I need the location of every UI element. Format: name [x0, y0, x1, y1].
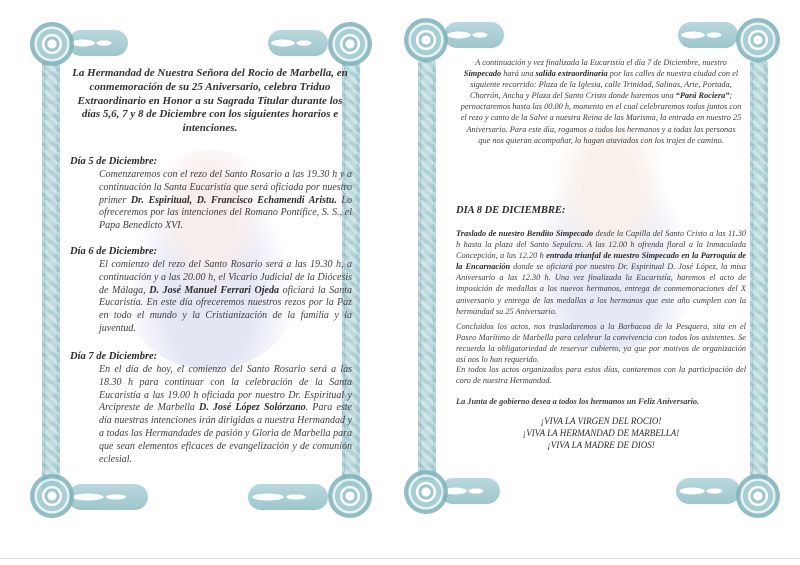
day-title: Día 7 de Diciembre: [70, 350, 352, 363]
body-text: A continuación y vez finalizada la Eucar… [475, 58, 727, 67]
choir-paragraph: En todos los actos organizados para esto… [456, 364, 746, 386]
border-bar-left [418, 60, 436, 480]
greeting-paragraph: La Junta de gobierno desea a todos los h… [456, 396, 746, 407]
day-8-paragraph: Traslado de nuestro Bendito Simpecado de… [456, 228, 746, 317]
scroll-ornament-icon [444, 22, 504, 48]
day-body: Comenzaremos con el rezo del Santo Rosar… [99, 169, 352, 233]
rosette-corner-icon [30, 22, 74, 66]
scroll-ornament-icon [676, 478, 740, 504]
procession-paragraph: A continuación y vez finalizada la Eucar… [460, 57, 742, 146]
emphasized-text: D. José Manuel Ferrari Ojeda [149, 285, 279, 296]
page-edge-divider [0, 558, 800, 559]
day-body: En el día de hoy, el comienzo del Santo … [99, 364, 352, 466]
rosette-corner-icon [30, 474, 74, 518]
border-bar-right [750, 60, 768, 480]
emphasized-text: salida extraordinaria [536, 69, 608, 78]
viva-line: ¡VIVA LA VIRGEN DEL ROCIO! [456, 416, 746, 428]
viva-line: ¡VIVA LA HERMANDAD DE MARBELLA! [456, 428, 746, 440]
rosette-corner-icon [404, 470, 448, 514]
day-6-section: Día 6 de Diciembre: El comienzo del rezo… [70, 245, 352, 336]
day-5-section: Día 5 de Diciembre: Comenzaremos con el … [70, 155, 352, 233]
right-page: A continuación y vez finalizada la Eucar… [400, 0, 800, 565]
day-body: El comienzo del rezo del Santo Rosario s… [99, 259, 352, 336]
rosette-corner-icon [328, 474, 372, 518]
rosette-corner-icon [736, 18, 780, 62]
body-text: hará una [501, 69, 535, 78]
viva-line: ¡VIVA LA MADRE DE DIOS! [456, 440, 746, 452]
left-page: La Hermandad de Nuestra Señora del Rocio… [0, 0, 400, 565]
border-bar-left [42, 60, 60, 490]
vivas-block: ¡VIVA LA VIRGEN DEL ROCIO! ¡VIVA LA HERM… [456, 416, 746, 451]
emphasized-text: Simpecado [464, 69, 501, 78]
day-8-title: DIA 8 DE DICIEMBRE: [456, 205, 565, 216]
scroll-ornament-icon [268, 30, 328, 56]
scroll-ornament-icon [440, 478, 500, 504]
rosette-corner-icon [736, 474, 780, 518]
emphasized-text: Dr. Espiritual, D. Francisco Echamendi A… [131, 195, 337, 206]
rosette-corner-icon [328, 22, 372, 66]
emphasized-text: D. José López Solórzano [199, 402, 306, 413]
intro-heading: La Hermandad de Nuestra Señora del Rocio… [70, 67, 350, 136]
day-7-section: Día 7 de Diciembre: En el día de hoy, el… [70, 350, 352, 466]
rosette-corner-icon [404, 18, 448, 62]
scroll-ornament-icon [678, 22, 738, 48]
scroll-ornament-icon [68, 30, 128, 56]
scroll-ornament-icon [248, 484, 328, 510]
barbecue-paragraph: Concluidos los actos, nos trasladaremos … [456, 321, 746, 365]
scroll-ornament-icon [68, 484, 148, 510]
emphasized-text: Traslado de nuestro Bendito Simpecado [456, 229, 593, 238]
emphasized-text: “Pará Rociera” [676, 91, 730, 100]
day-title: Día 5 de Diciembre: [70, 155, 352, 168]
day-title: Día 6 de Diciembre: [70, 245, 352, 258]
